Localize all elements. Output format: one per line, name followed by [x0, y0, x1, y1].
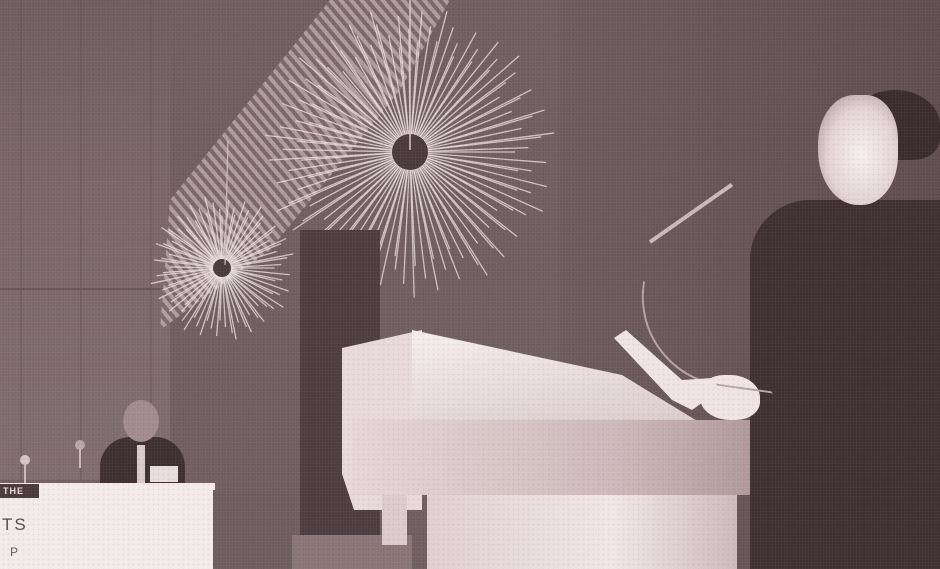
desk-sign-text: TS — [2, 515, 28, 535]
chandelier-small — [151, 197, 293, 339]
seated-panelist — [95, 395, 195, 490]
head-table-side — [213, 490, 293, 569]
conference-photo: THE TS P — [0, 0, 940, 569]
desk-sign-text: P — [10, 545, 18, 559]
lectern-ledge — [352, 420, 788, 495]
panelist-head — [123, 400, 159, 442]
paper-icon — [612, 330, 722, 410]
panelist-shirt — [137, 445, 145, 485]
desk-sign-banner: THE — [0, 484, 39, 498]
nameplate — [150, 466, 178, 482]
speaker-suit — [750, 200, 940, 569]
table-microphone-icon — [20, 455, 30, 483]
lectern-support — [382, 495, 407, 545]
speaker-face — [818, 95, 898, 205]
table-microphone-icon — [75, 440, 85, 468]
lectern-base — [427, 495, 737, 569]
